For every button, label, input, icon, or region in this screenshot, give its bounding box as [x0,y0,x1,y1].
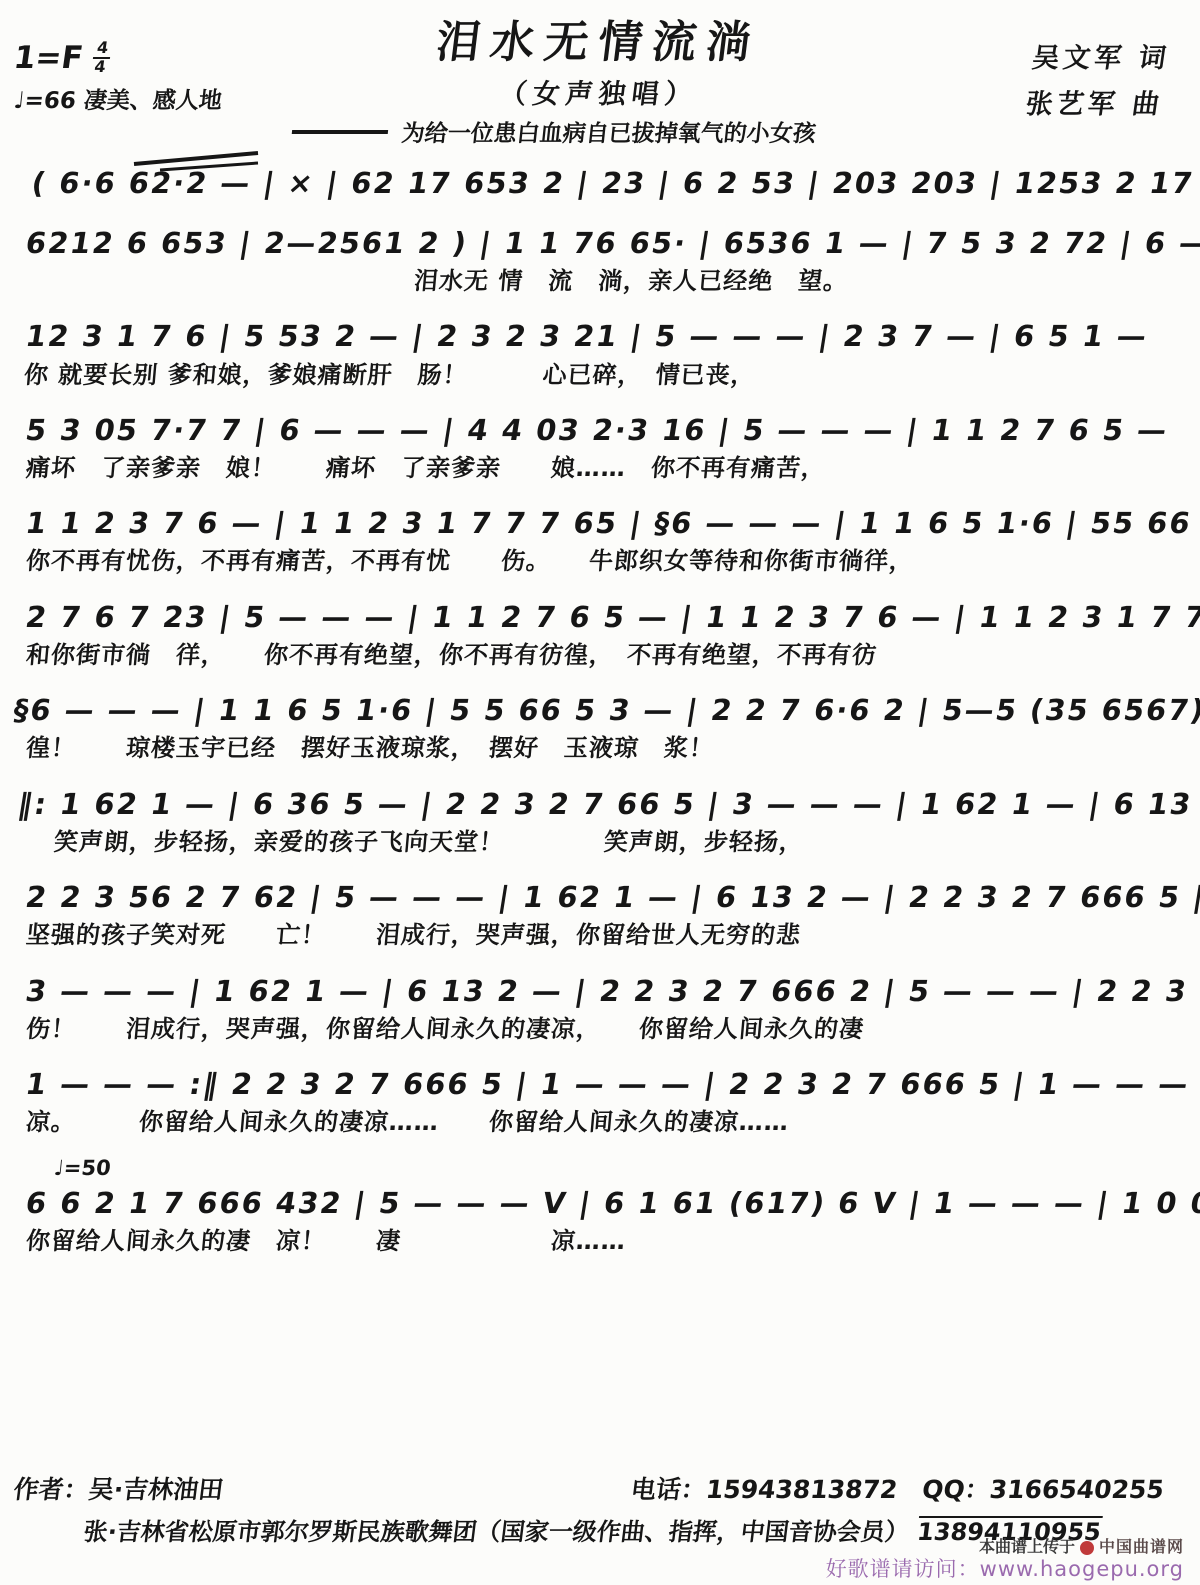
dedication-dash [292,130,388,134]
lyrics-line-5: 你不再有忧伤，不再有痛苦，不再有忧 伤。 牛郎织女等待和你街市徜徉， [25,545,1186,577]
score-system-4: 5 3 05 7·7 7 | 6 — — — | 4 4 03 2·3 16 |… [14,409,1184,484]
notation-line-7: §6 — — — | 1 1 6 5 1·6 | 5 5 66 5 3 — | … [11,689,1188,731]
score-system-5: 1 1 2 3 7 6 — | 1 1 2 3 1 7 7 7 65 | §6 … [14,502,1184,577]
credits-block: 吴文军 词 张艺军 曲 [1022,36,1172,128]
tempo-change-marking: ♩=50 [53,1156,1186,1180]
score-system-10: 3 — — — | 1 62 1 — | 6 13 2 — | 2 2 3 2 … [14,970,1184,1045]
notation-line-8: ‖: 1 62 1 — | 6 36 5 — | 2 2 3 2 7 66 5 … [15,783,1188,825]
notation-line-3: 12 3 1 7 6 | 5 53 2 — | 2 3 2 3 21 | 5 —… [23,315,1188,357]
score-system-11: 1 — — — :‖ 2 2 3 2 7 666 5 | 1 — — — | 2… [14,1063,1184,1138]
score-system-3: 12 3 1 7 6 | 5 53 2 — | 2 3 2 3 21 | 5 —… [14,315,1184,390]
lyrics-line-8: 笑声朗，步轻扬，亲爱的孩子飞向天堂！ 笑声朗，步轻扬， [53,826,1186,858]
site-logo-icon [1080,1541,1094,1555]
score-system-2: 6212 6 653 | 2—2561 2 ) | 1 1 76 65· | 6… [14,222,1184,297]
lyrics-line-6: 和你街市徜 徉， 你不再有绝望，你不再有彷徨， 不再有绝望，不再有彷 [25,639,1186,671]
notation-line-11: 1 — — — :‖ 2 2 3 2 7 666 5 | 1 — — — | 2… [23,1063,1188,1105]
lyrics-line-11: 凉。 你留给人间永久的凄凉…… 你留给人间永久的凄凉…… [25,1106,1186,1138]
notation-line-6: 2 7 6 7 23 | 5 — — — | 1 1 2 7 6 5 — | 1… [23,596,1188,638]
sheet-music-page: 1=F 4 4 ♩=66 凄美、感人地 泪水无情流淌 （女声独唱） 吴文军 词 … [0,0,1200,1585]
score-system-1: ( 6·6 62·2 — | × | 62 17 653 2 | 23 | 6 … [14,162,1184,204]
dedication-text: 为给一位患白血病自已拔掉氧气的小女孩 [400,115,817,148]
upload-note-line: 本曲谱上传于 中国曲谱网 [826,1538,1184,1556]
affiliation-text: 张·吉林省松原市郭尔罗斯民族歌舞团（国家一级作曲、指挥，中国音协会员） [82,1518,911,1546]
lyrics-line-10: 伤！ 泪成行，哭声强，你留给人间永久的凄凉， 你留给人间永久的凄 [25,1013,1186,1045]
notation-line-5: 1 1 2 3 7 6 — | 1 1 2 3 1 7 7 7 65 | §6 … [23,502,1188,544]
lyrics-line-9: 坚强的孩子笑对死 亡！ 泪成行，哭声强，你留给世人无穷的悲 [25,919,1186,951]
site-name-text: 中国曲谱网 [1099,1538,1184,1556]
contact-info: 电话：15943813872 QQ：3166540255 [629,1470,1166,1506]
page-title: 泪水无情流淌 [10,6,1188,70]
lyrics-line-2: 泪水无 情 流 淌，亲人已经绝 望。 [413,265,1186,297]
notation-line-10: 3 — — — | 1 62 1 — | 6 13 2 — | 2 2 3 2 … [23,970,1188,1012]
lyrics-line-3: 你 就要长别 爹和娘，爹娘痛断肝 肠！ 心已碎， 情已丧， [23,359,1186,391]
notation-line-12: 6 6 2 1 7 666 432 | 5 — — — V | 6 1 61 (… [23,1182,1188,1224]
dedication-line: 为给一位患白血病自已拔掉氧气的小女孩 [290,115,1185,148]
page-subtitle: （女声独唱） [12,72,1187,111]
lyrics-line-12: 你留给人间永久的凄 凉！ 凄 凉…… [25,1225,1186,1257]
watermark-block: 本曲谱上传于 中国曲谱网 好歌谱请访问：www.haogepu.org [826,1538,1184,1581]
footer-author-row: 作者：吴·吉林油田 电话：15943813872 QQ：3166540255 [12,1470,1186,1506]
lyrics-line-7: 徨！ 琼楼玉宇已经 摆好玉液琼浆， 摆好 玉液琼 浆！ [25,732,1186,764]
notation-line-1: ( 6·6 62·2 — | × | 62 17 653 2 | 23 | 6 … [29,162,1188,204]
score-system-12: ♩=50 6 6 2 1 7 666 432 | 5 — — — V | 6 1… [14,1156,1184,1257]
notation-line-9: 2 2 3 56 2 7 62 | 5 — — — | 1 62 1 — | 6… [23,876,1188,918]
upload-note-text: 本曲谱上传于 [979,1538,1075,1556]
score-system-8: ‖: 1 62 1 — | 6 36 5 — | 2 2 3 2 7 66 5 … [14,783,1184,858]
footer-block: 作者：吴·吉林油田 电话：15943813872 QQ：3166540255 张… [14,1470,1184,1577]
score-system-6: 2 7 6 7 23 | 5 — — — | 1 1 2 7 6 5 — | 1… [14,596,1184,671]
score-system-7: §6 — — — | 1 1 6 5 1·6 | 5 5 66 5 3 — | … [14,689,1184,764]
score-body: ( 6·6 62·2 — | × | 62 17 653 2 | 23 | 6 … [14,162,1184,1258]
notation-line-2: 6212 6 653 | 2—2561 2 ) | 1 1 76 65· | 6… [23,222,1188,264]
author-credit: 作者：吴·吉林油田 [12,1470,226,1506]
notation-line-4: 5 3 05 7·7 7 | 6 — — — | 4 4 03 2·3 16 |… [23,409,1188,451]
score-system-9: 2 2 3 56 2 7 62 | 5 — — — | 1 62 1 — | 6… [14,876,1184,951]
lyrics-line-4: 痛坏 了亲爹亲 娘！ 痛坏 了亲爹亲 娘…… 你不再有痛苦， [25,452,1186,484]
visit-url-text: 好歌谱请访问：www.haogepu.org [826,1557,1184,1581]
lyricist-credit: 吴文军 词 [1029,36,1173,82]
